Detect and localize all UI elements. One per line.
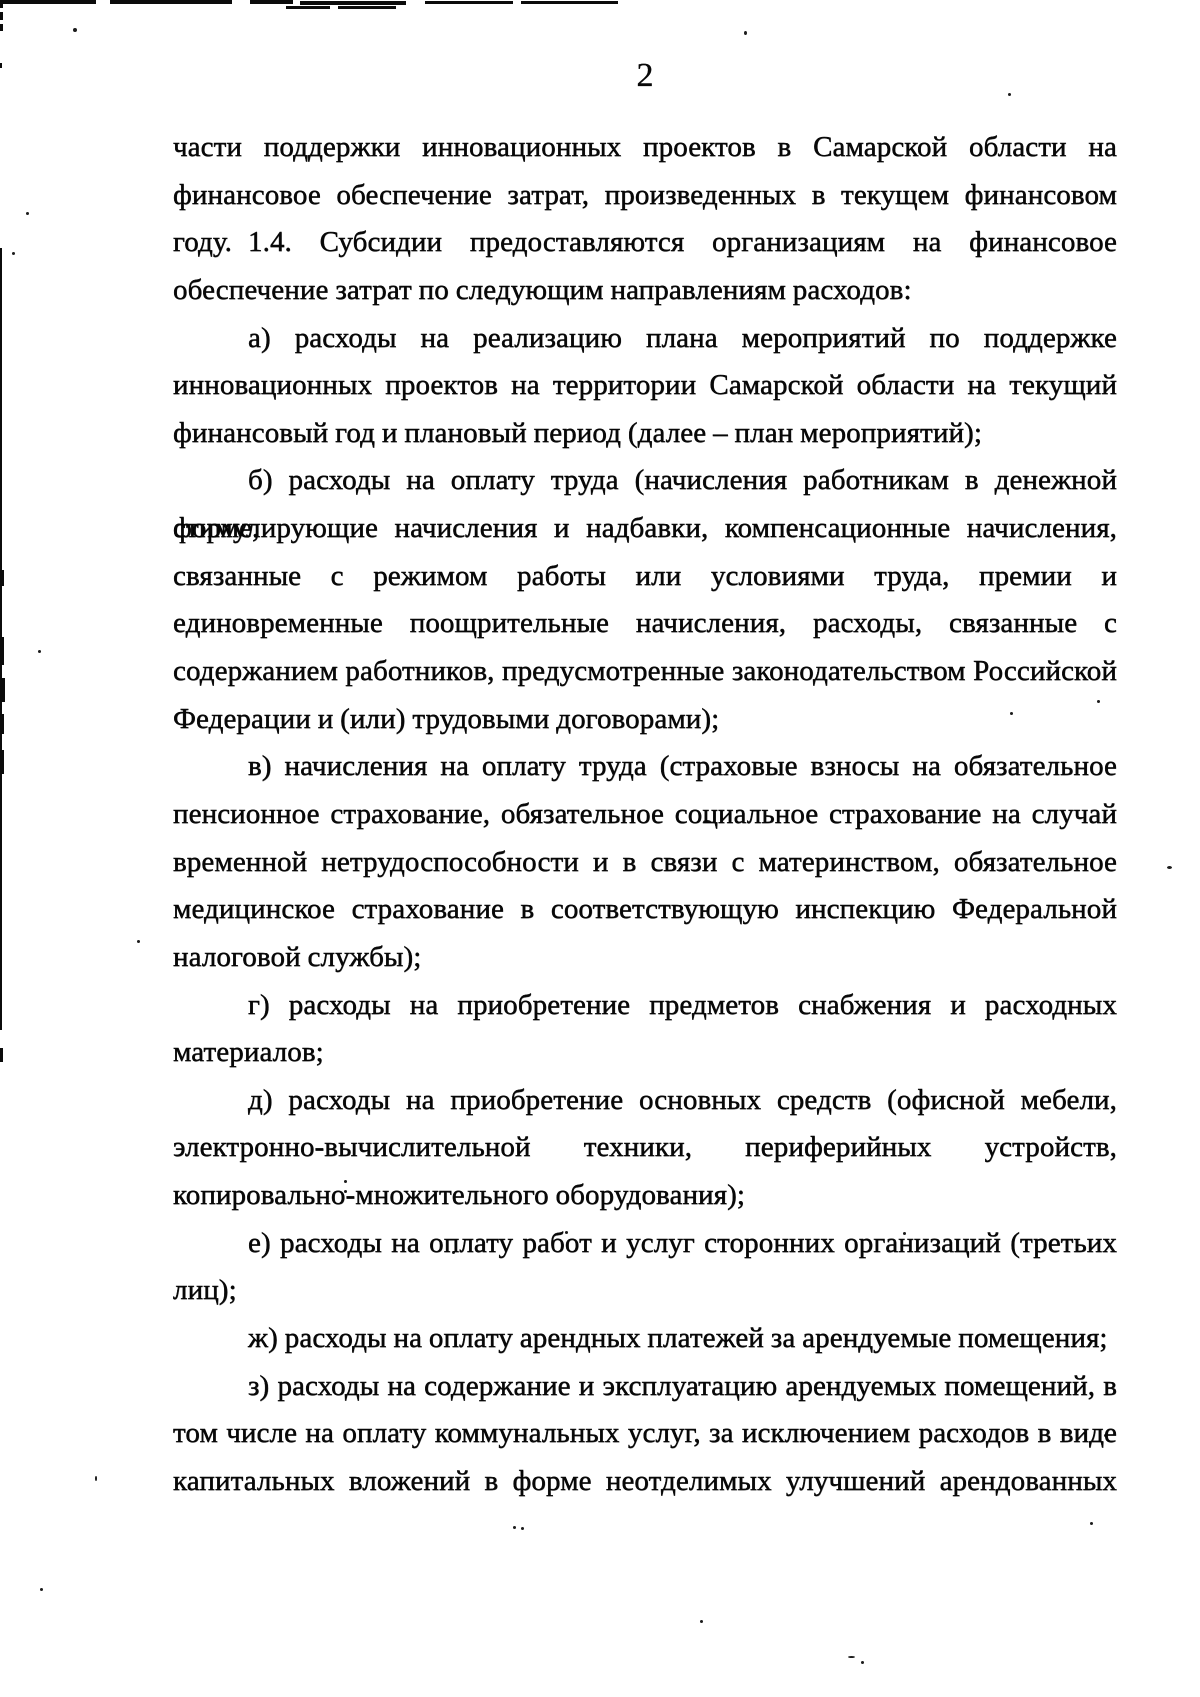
text-line: связанные с режимом работы или условиями… — [173, 553, 1117, 601]
scan-speck — [38, 650, 41, 653]
text-line: инновационных проектов на территории Сам… — [173, 362, 1117, 410]
scan-edge-mark — [0, 12, 3, 20]
scan-speck — [1090, 1522, 1093, 1525]
scan-edge-mark — [0, 24, 3, 31]
text-line: г) расходы на приобретение предметов сна… — [173, 982, 1117, 1030]
text-line: содержанием работников, предусмотренные … — [173, 648, 1117, 696]
scan-edge-mark — [0, 678, 5, 702]
text-line: копировально-множительного оборудования)… — [173, 1172, 1117, 1220]
text-line: е) расходы на оплату работ и услуг сторо… — [173, 1220, 1117, 1268]
scan-edge-mark — [0, 0, 96, 4]
text-line: части поддержки инновационных проектов в… — [173, 124, 1117, 172]
scan-speck — [1008, 93, 1011, 96]
scan-edge-mark — [110, 0, 232, 4]
text-line: обеспечение затрат по следующим направле… — [173, 267, 1117, 315]
scan-edge-mark — [0, 750, 4, 774]
text-line: в) начисления на оплату труда (страховые… — [173, 743, 1117, 791]
scan-speck — [521, 1527, 524, 1530]
text-line: временной нетрудоспособности и в связи с… — [173, 839, 1117, 887]
scan-edge-mark — [425, 1, 513, 4]
scan-edge-mark — [521, 1, 618, 4]
scan-speck — [861, 1661, 864, 1664]
text-line: финансовое обеспечение затрат, произведе… — [173, 172, 1117, 220]
text-line: ж) расходы на оплату арендных платежей з… — [173, 1315, 1117, 1363]
text-line: материалов; — [173, 1029, 1117, 1077]
text-line: медицинское страхование в соответствующу… — [173, 886, 1117, 934]
scan-edge-mark — [300, 1, 406, 5]
scan-speck — [95, 1476, 97, 1481]
text-line: з) расходы на содержание и эксплуатацию … — [173, 1363, 1117, 1411]
scan-edge-mark — [250, 0, 293, 4]
text-line: Федерации и (или) трудовыми договорами); — [173, 696, 1117, 744]
scan-edge-mark — [338, 6, 396, 9]
scan-edge-mark — [0, 0, 3, 8]
text-line: электронно-вычислительной техники, периф… — [173, 1124, 1117, 1172]
scan-edge-mark — [0, 637, 4, 665]
scan-edge-mark — [286, 6, 330, 9]
document-text: части поддержки инновационных проектов в… — [173, 124, 1117, 1506]
text-line: единовременные поощрительные начисления,… — [173, 600, 1117, 648]
scan-speck — [1167, 866, 1172, 869]
scan-speck — [40, 1588, 43, 1591]
scan-speck — [12, 252, 15, 255]
text-line: а) расходы на реализацию плана мероприят… — [173, 315, 1117, 363]
scan-edge-mark — [0, 1048, 3, 1062]
text-line: пенсионное страхование, обязательное соц… — [173, 791, 1117, 839]
scan-speck — [700, 1620, 703, 1623]
scan-speck — [513, 1526, 516, 1529]
scan-speck — [744, 31, 747, 35]
text-line: б) расходы на оплату труда (начисления р… — [173, 457, 1117, 505]
scanned-document-page: 2 части поддержки инновационных проектов… — [0, 0, 1200, 1697]
text-line: стимулирующие начисления и надбавки, ком… — [173, 505, 1117, 553]
scan-speck — [73, 28, 77, 32]
text-line: том числе на оплату коммунальных услуг, … — [173, 1410, 1117, 1458]
scan-edge-mark — [0, 714, 4, 734]
text-line: налоговой службы); — [173, 934, 1117, 982]
text-line: финансовый год и плановый период (далее … — [173, 410, 1117, 458]
page-number: 2 — [173, 59, 1117, 93]
scan-speck — [137, 940, 140, 943]
text-line: капитальных вложений в форме неотделимых… — [173, 1458, 1117, 1506]
scan-speck — [848, 1656, 855, 1658]
scan-edge-mark — [0, 63, 2, 68]
text-line: лиц); — [173, 1267, 1117, 1315]
scan-speck — [26, 212, 29, 215]
text-line: д) расходы на приобретение основных сред… — [173, 1077, 1117, 1125]
scan-edge-mark — [0, 570, 4, 586]
text-line: 1.4. Субсидии предоставляются организаци… — [173, 219, 1117, 267]
